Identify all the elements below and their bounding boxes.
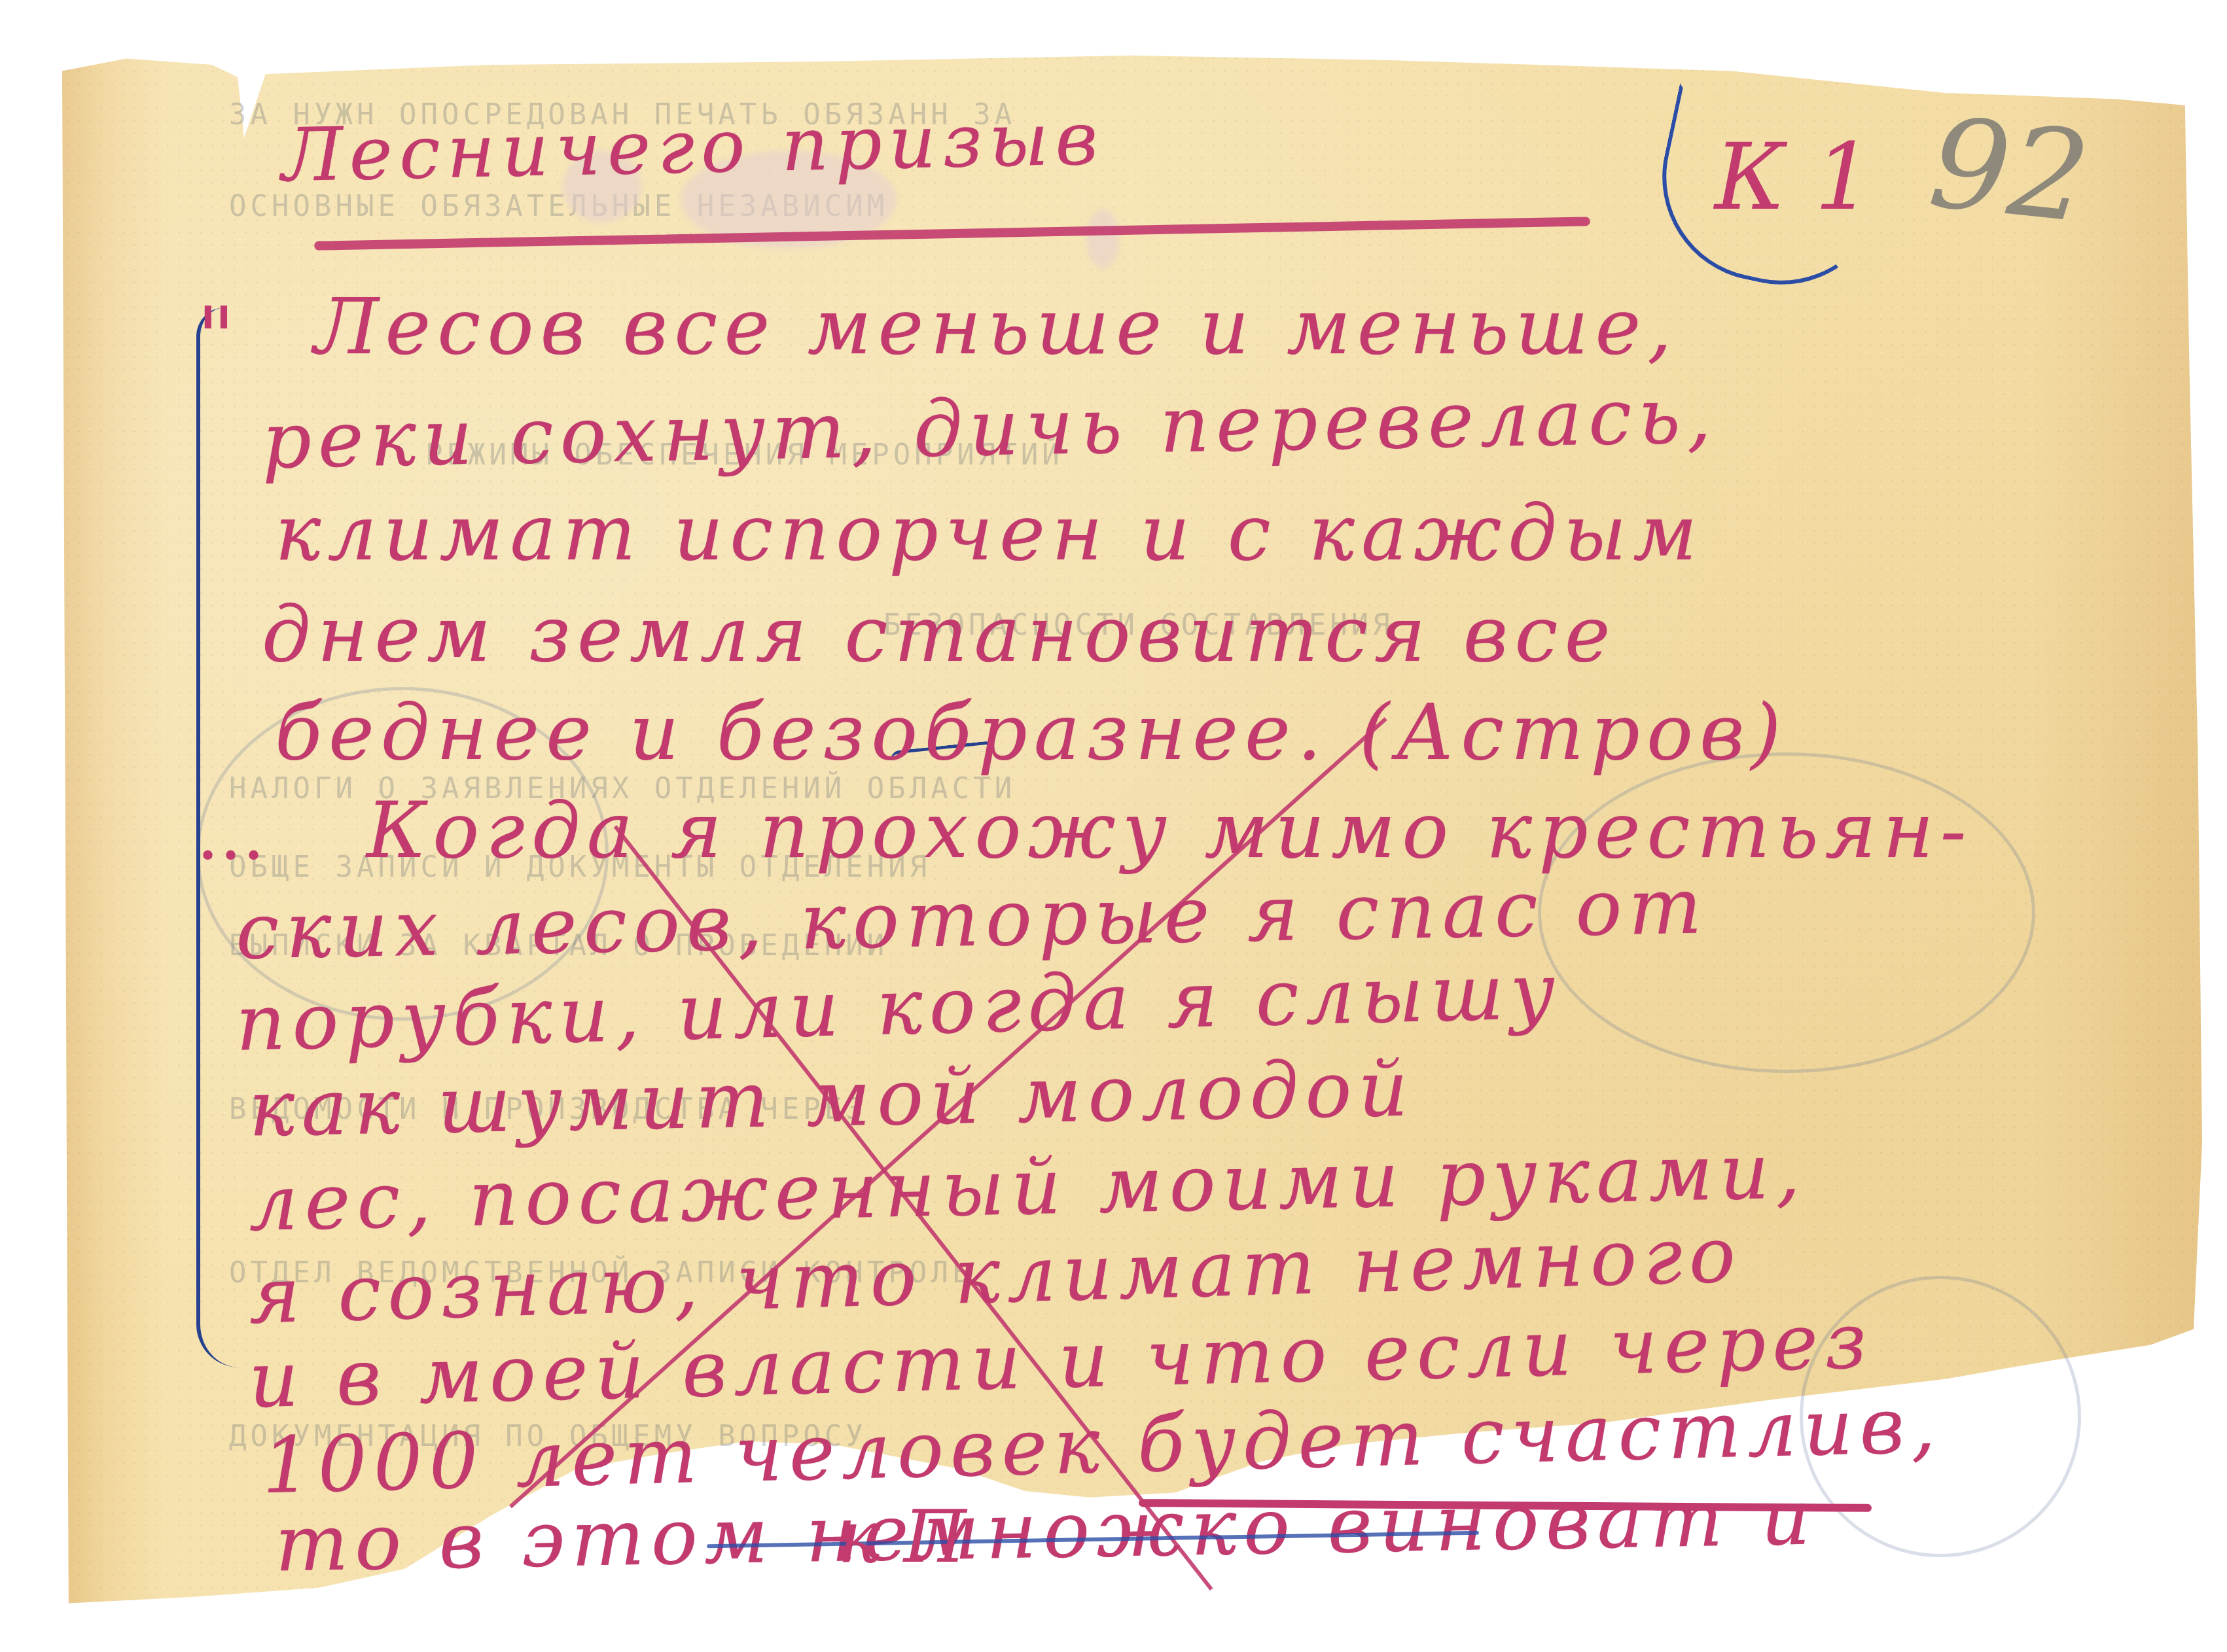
handwritten-line: Лесов все меньше и меньше, — [314, 281, 1679, 372]
pencil-folio-number: 92 — [1923, 90, 2096, 251]
handwritten-line: климат испорчен и с каждым — [275, 487, 1703, 578]
continuation-marker: ... — [196, 792, 265, 875]
paper-stain — [1086, 209, 1119, 268]
handwritten-line: днем земля становится все — [262, 589, 1616, 679]
archive-mark: К 1 — [1715, 124, 1873, 231]
handwritten-line: беднее и безобразнее. (Астров) — [275, 687, 1788, 777]
opening-quote: " — [196, 288, 236, 387]
manuscript-title: Лесничего призыв — [281, 96, 1105, 198]
handwritten-line: Когда я прохожу мимо крестьян- — [366, 785, 1973, 875]
bottom-mark: к П — [838, 1495, 967, 1579]
